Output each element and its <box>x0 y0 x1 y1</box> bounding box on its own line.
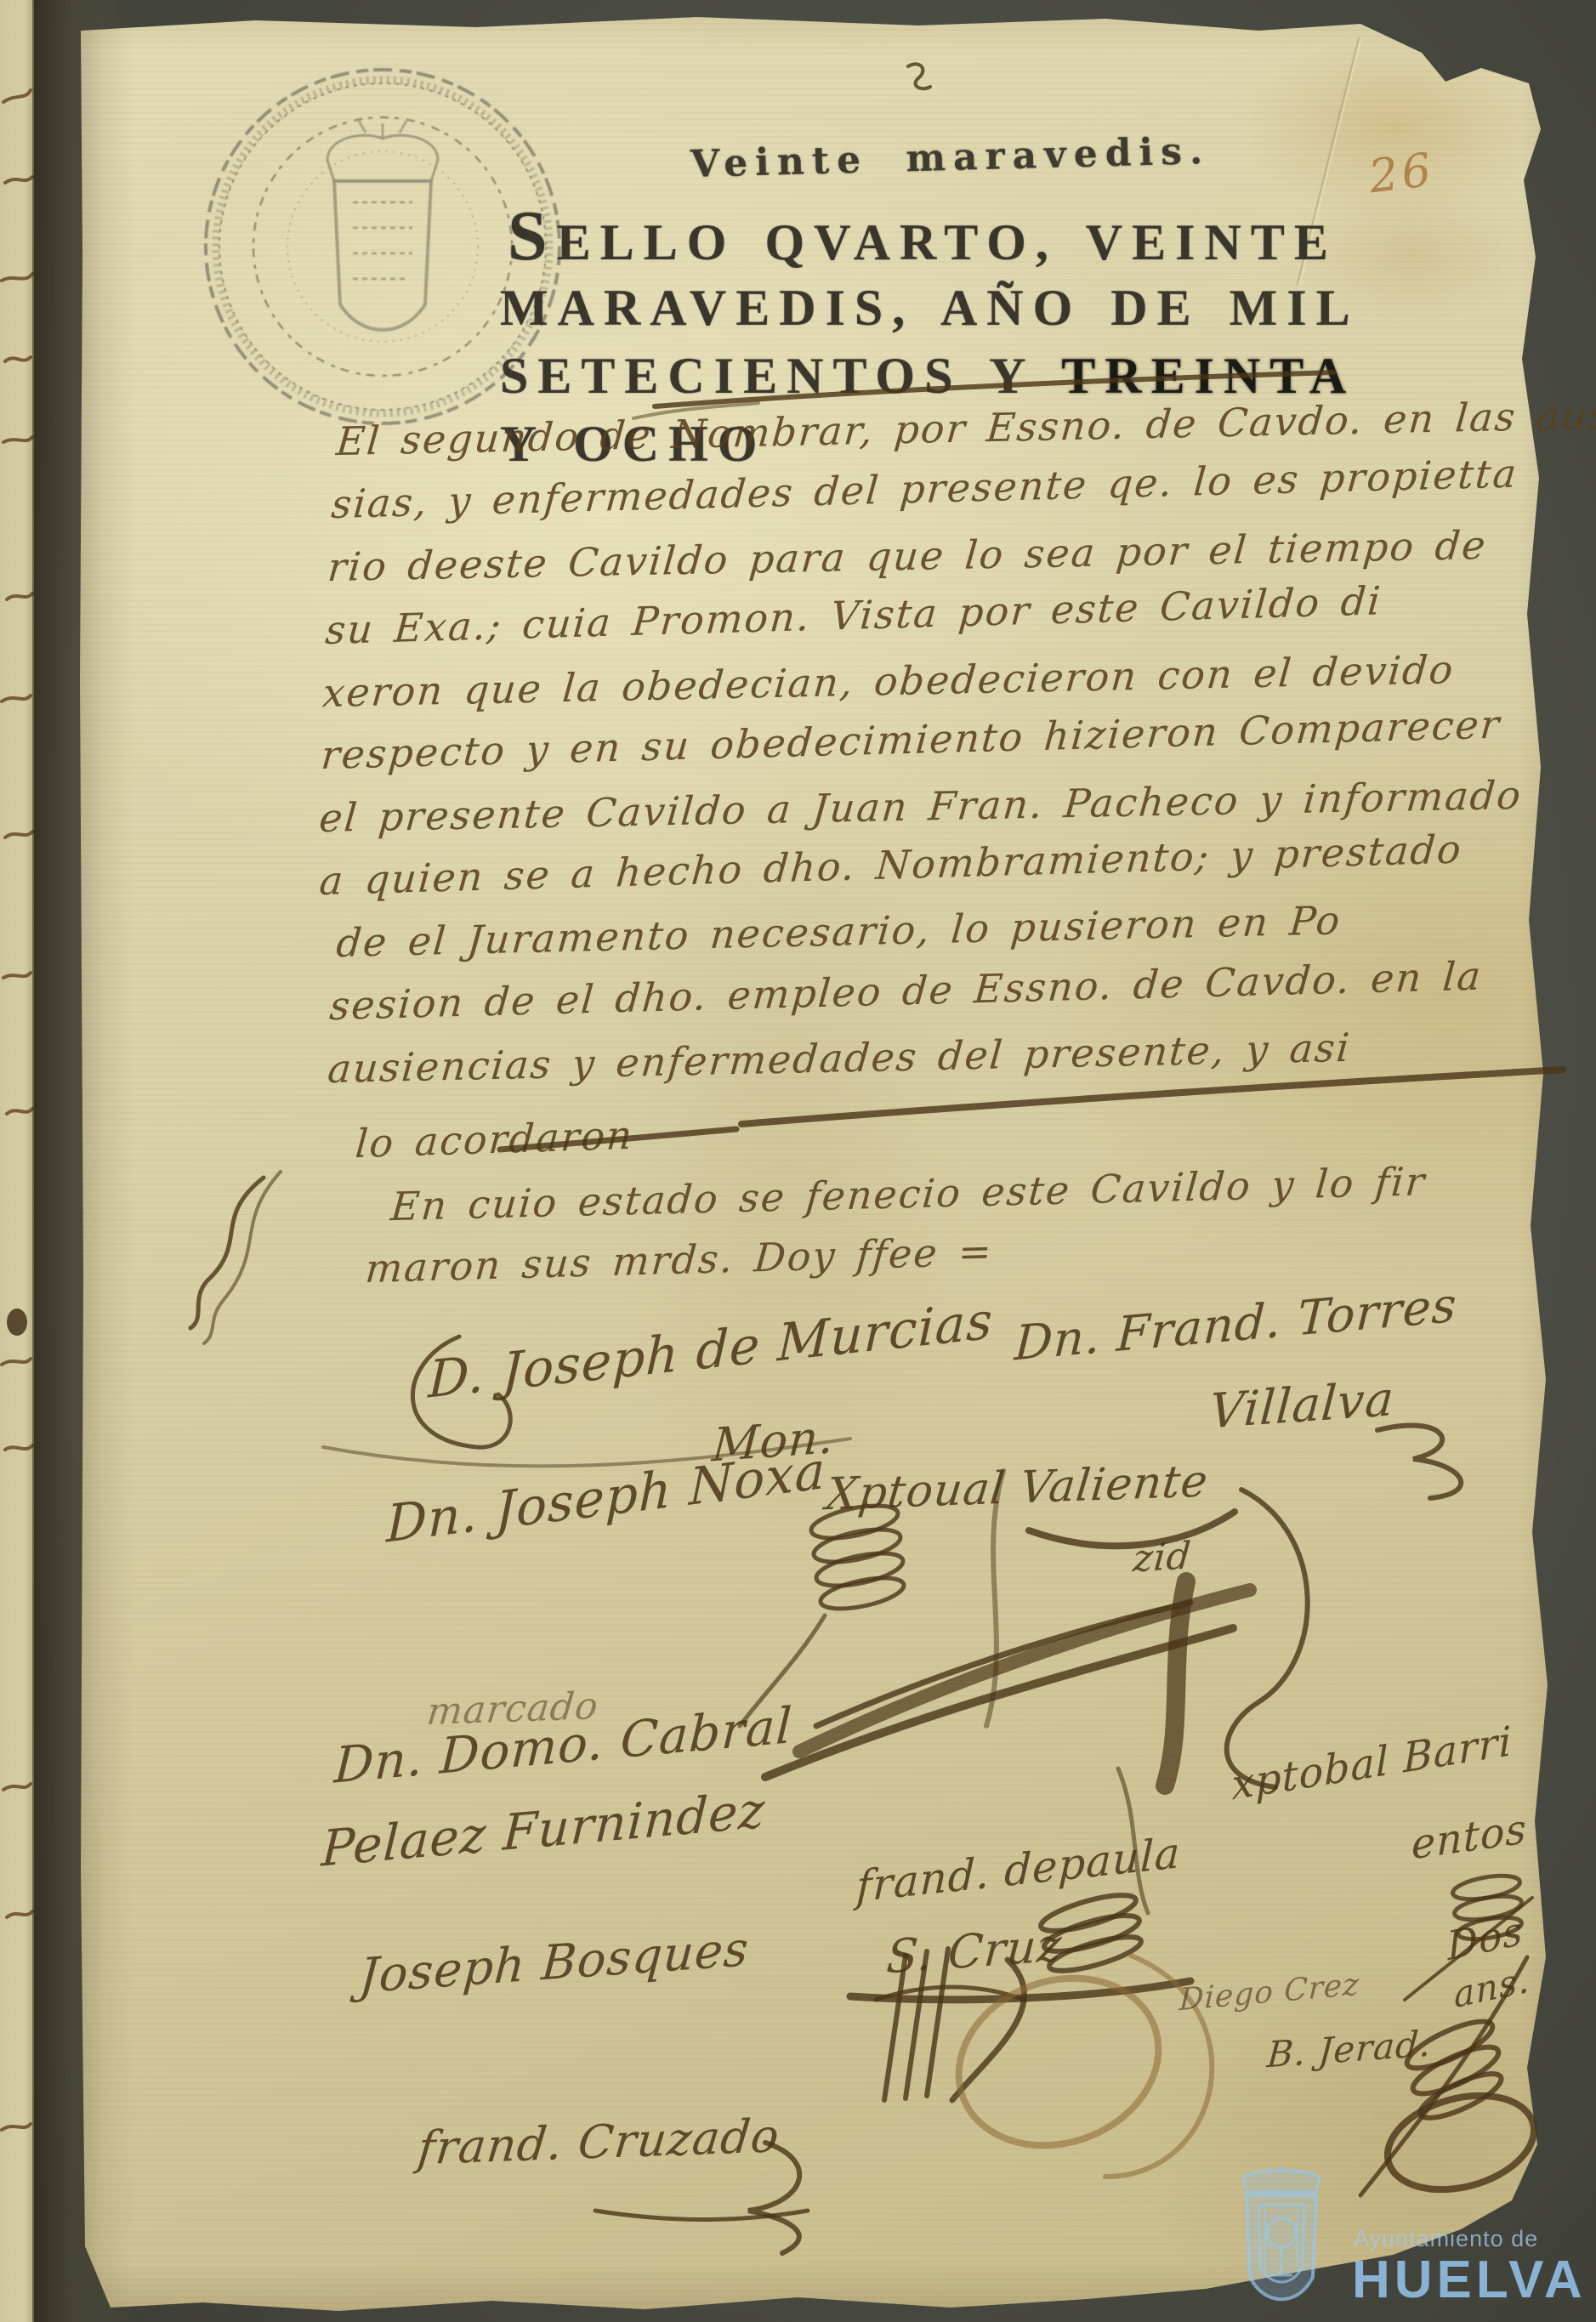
watermark-large-text: HUELVA <box>1352 2250 1587 2310</box>
watermark-small-text: Ayuntamiento de <box>1354 2226 1538 2252</box>
manuscript-scan: Veinte maravedis. 26 SELLO QVARTO, VEINT… <box>0 0 1596 2322</box>
archive-watermark: Ayuntamiento de HUELVA <box>1218 2166 1575 2322</box>
signature-zid: zid <box>1132 1534 1194 1581</box>
huelva-shield-icon <box>1218 2166 1345 2322</box>
